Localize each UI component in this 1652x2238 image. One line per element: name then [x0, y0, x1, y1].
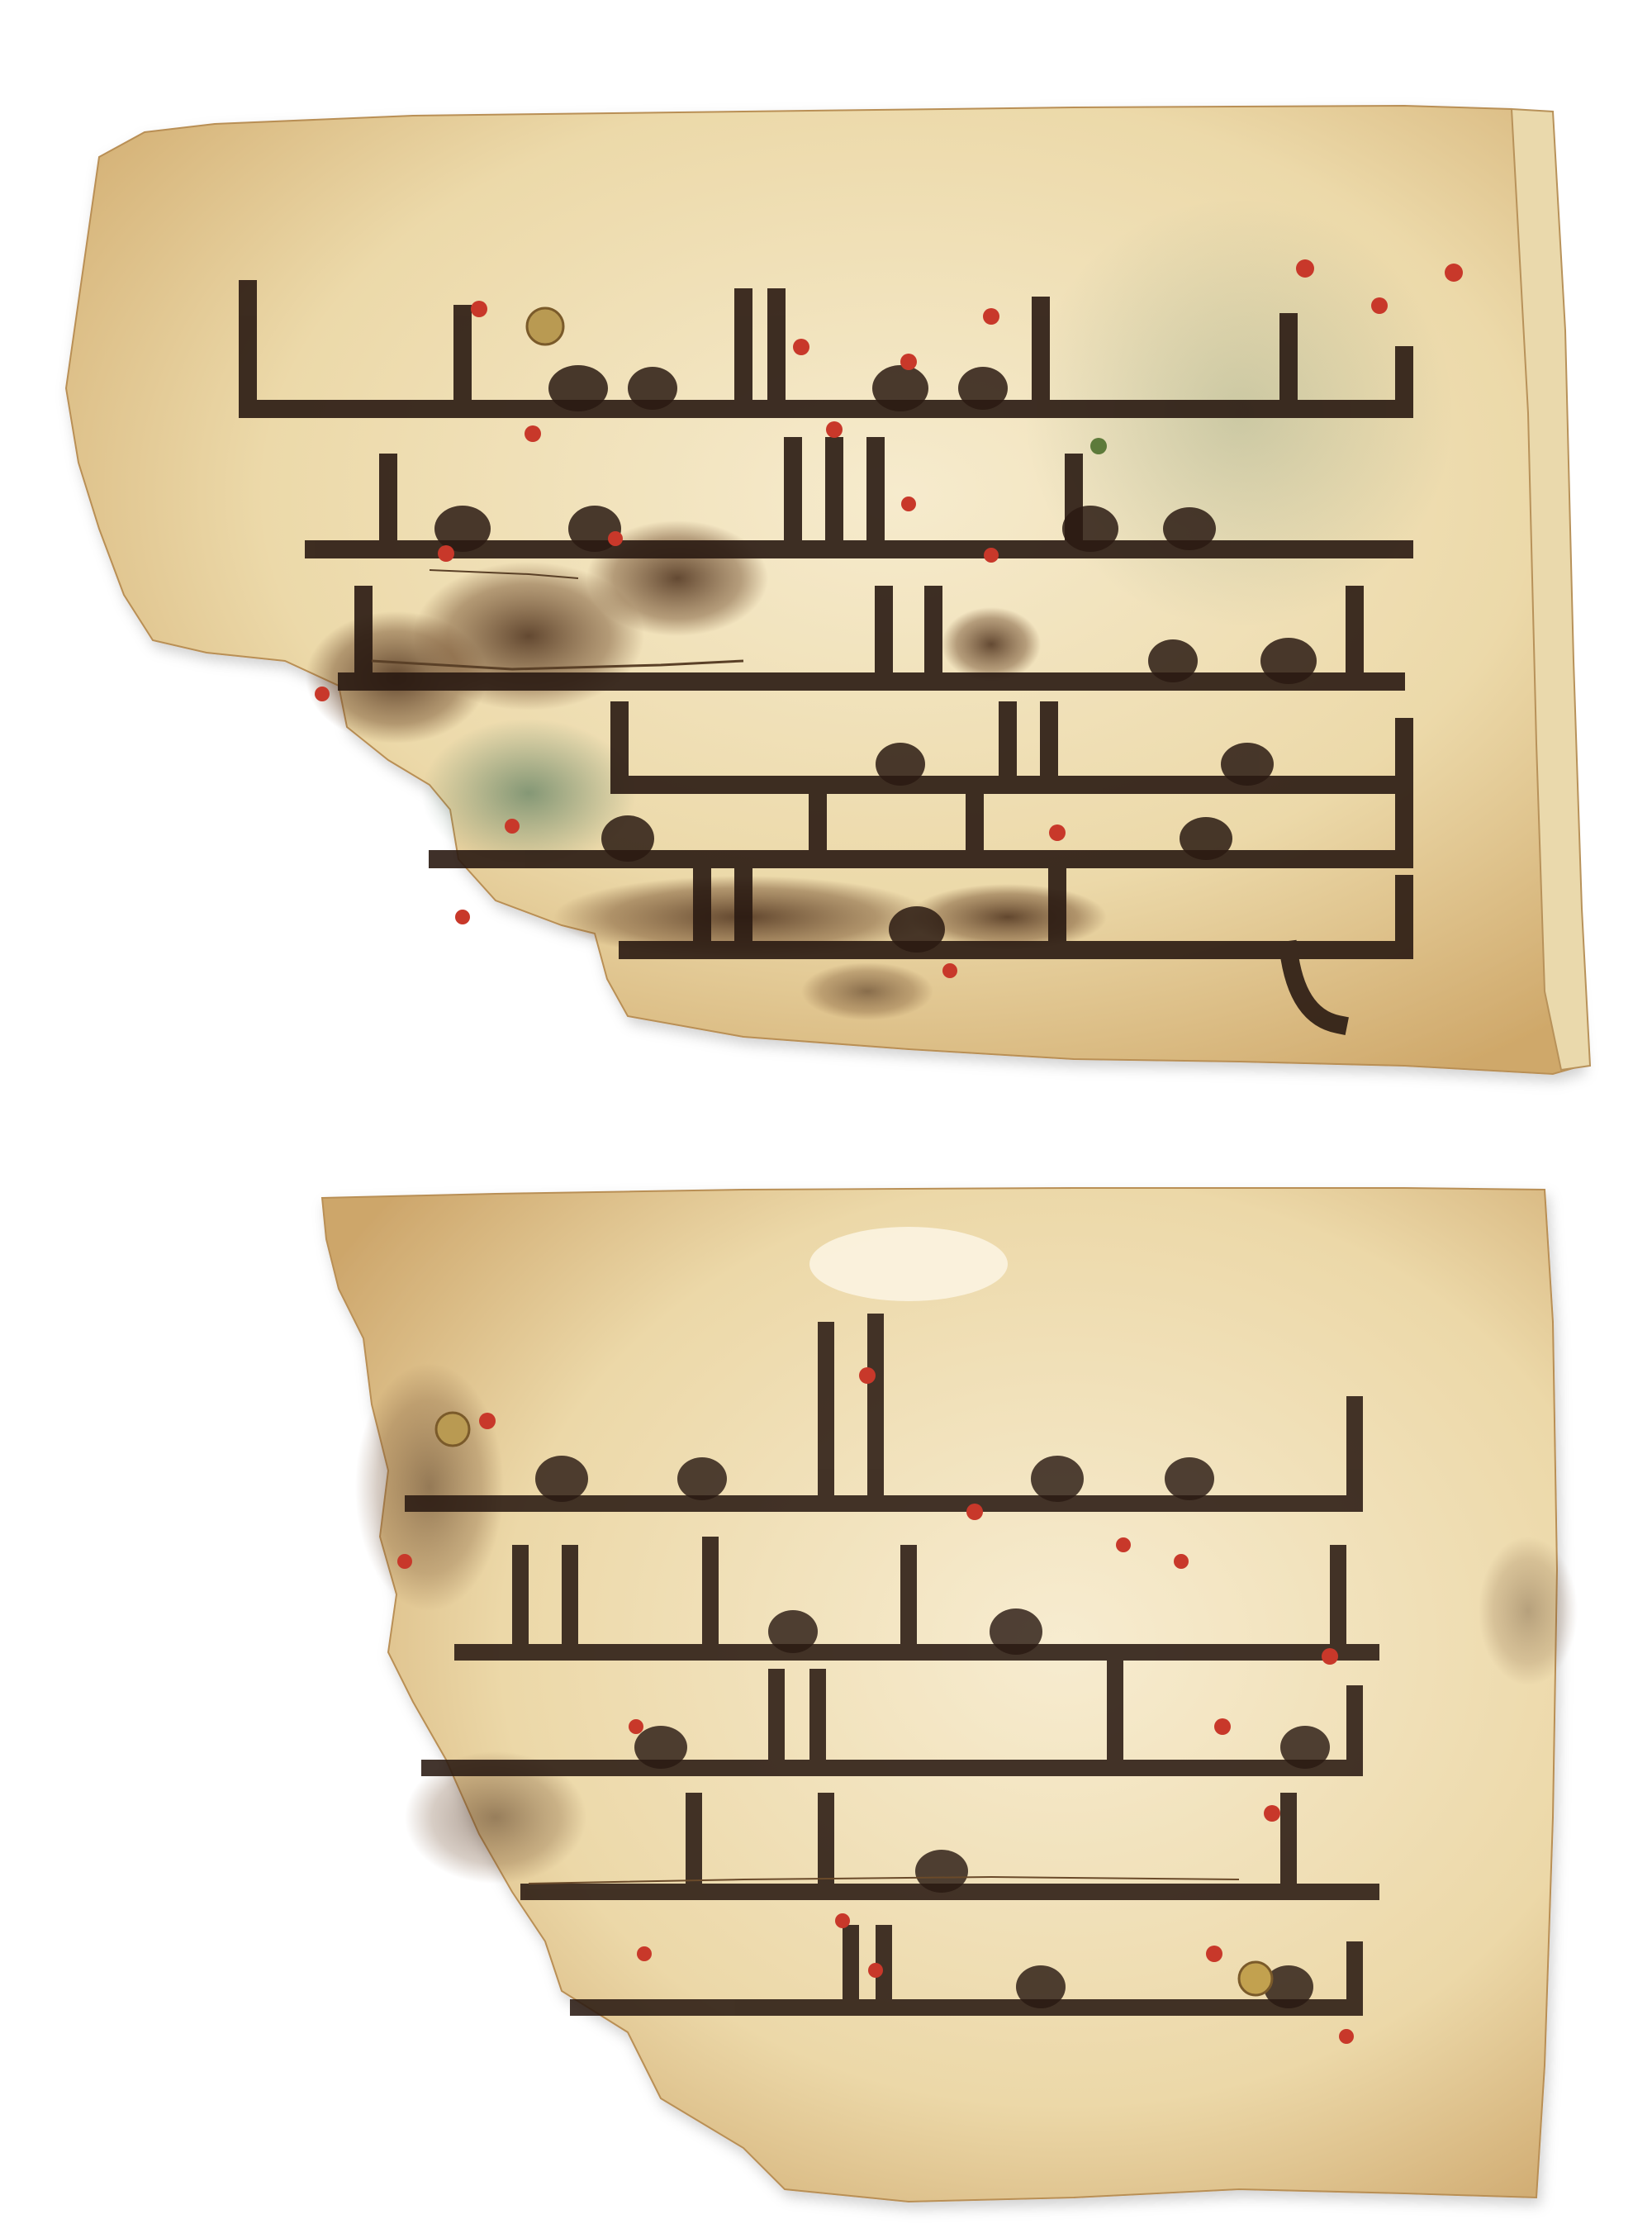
- gilt-verse-marker: [527, 308, 563, 344]
- upper-fragment: [0, 0, 1652, 1090]
- upper-green-vowel-dot: [1090, 438, 1107, 454]
- gilt-verse-marker: [1239, 1962, 1272, 1995]
- lower-parchment: [322, 1188, 1557, 2202]
- lower-fragment: [322, 1188, 1578, 2202]
- photograph: Two Kufic Quran manuscript fragments on …: [0, 0, 1652, 2238]
- gilt-verse-marker: [436, 1413, 469, 1446]
